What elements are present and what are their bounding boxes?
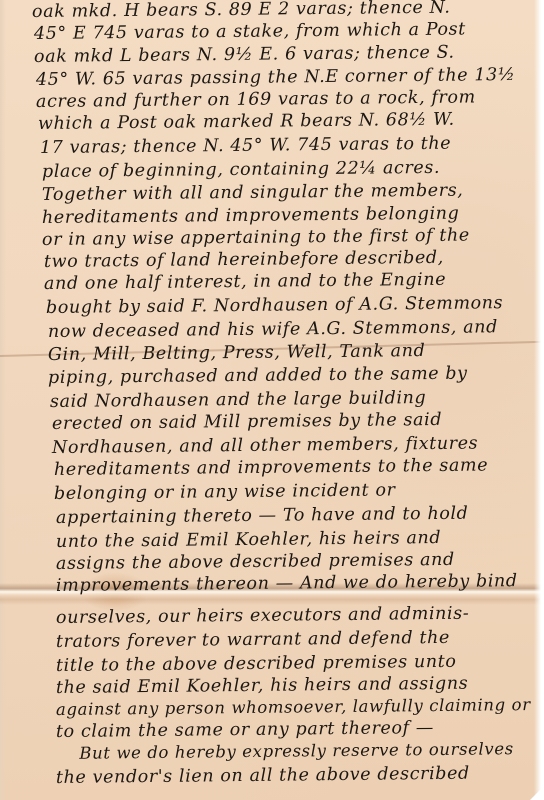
text-line: belonging or in any wise incident or	[54, 480, 396, 504]
text-line: appertaining thereto — To have and to ho…	[56, 504, 469, 528]
text-line: piping, purchased and added to the same …	[48, 364, 468, 388]
document-page: oak mkd. H bears S. 89 E 2 varas; thence…	[0, 0, 544, 800]
text-line: 17 varas; thence N. 45° W. 745 varas to …	[40, 134, 451, 158]
text-line: the said Emil Koehler, his heirs and ass…	[56, 674, 468, 698]
text-line: Gin, Mill, Belting, Press, Well, Tank an…	[48, 341, 426, 365]
text-line: or in any wise appertaining to the first…	[42, 226, 470, 250]
text-line: hereditaments and improvements to the sa…	[54, 455, 488, 480]
text-line: unto the said Emil Koehler, his heirs an…	[56, 528, 441, 552]
text-line: hereditaments and improvements belonging	[42, 204, 460, 228]
text-line: oak mkd L bears N. 9½ E. 6 varas; thence…	[34, 43, 455, 67]
text-line: oak mkd. H bears S. 89 E 2 varas; thence…	[32, 0, 451, 22]
text-line: now deceased and his wife A.G. Stemmons,…	[48, 317, 498, 342]
text-line: bought by said F. Nordhausen of A.G. Ste…	[46, 293, 503, 318]
paper-corner	[530, 786, 544, 800]
text-line: Together with all and singular the membe…	[42, 181, 464, 205]
text-line: two tracts of land hereinbefore describe…	[44, 248, 444, 272]
text-line: said Nordhausen and the large building	[50, 388, 426, 412]
text-line: to claim the same or any part thereof —	[56, 718, 434, 742]
text-line: title to the above described premises un…	[56, 652, 457, 676]
text-line: But we do hereby expressly reserve to ou…	[56, 739, 514, 763]
text-line: place of beginning, containing 22¼ acres…	[42, 158, 440, 182]
text-line: erected on said Mill premises by the sai…	[52, 410, 442, 434]
text-line: assigns the above described premises and	[56, 550, 455, 574]
text-line: 45° W. 65 varas passing the N.E corner o…	[36, 65, 516, 90]
text-line: Nordhausen, and all other members, fixtu…	[52, 434, 478, 458]
text-line: acres and further on 169 varas to a rock…	[36, 87, 476, 112]
text-line: and one half interest, in and to the Eng…	[44, 270, 446, 294]
text-line: 45° E 745 varas to a stake, from which a…	[34, 19, 466, 44]
paper-left-edge	[0, 0, 6, 800]
paper-right-edge	[534, 0, 544, 800]
text-line: ourselves, our heirs executors and admin…	[56, 604, 469, 628]
text-line: which a Post oak marked R bears N. 68½ W…	[38, 110, 455, 134]
text-line: trators forever to warrant and defend th…	[56, 628, 450, 652]
text-line: the vendor's lien on all the above descr…	[56, 764, 470, 788]
text-line: against any person whomsoever, lawfully …	[56, 695, 531, 719]
